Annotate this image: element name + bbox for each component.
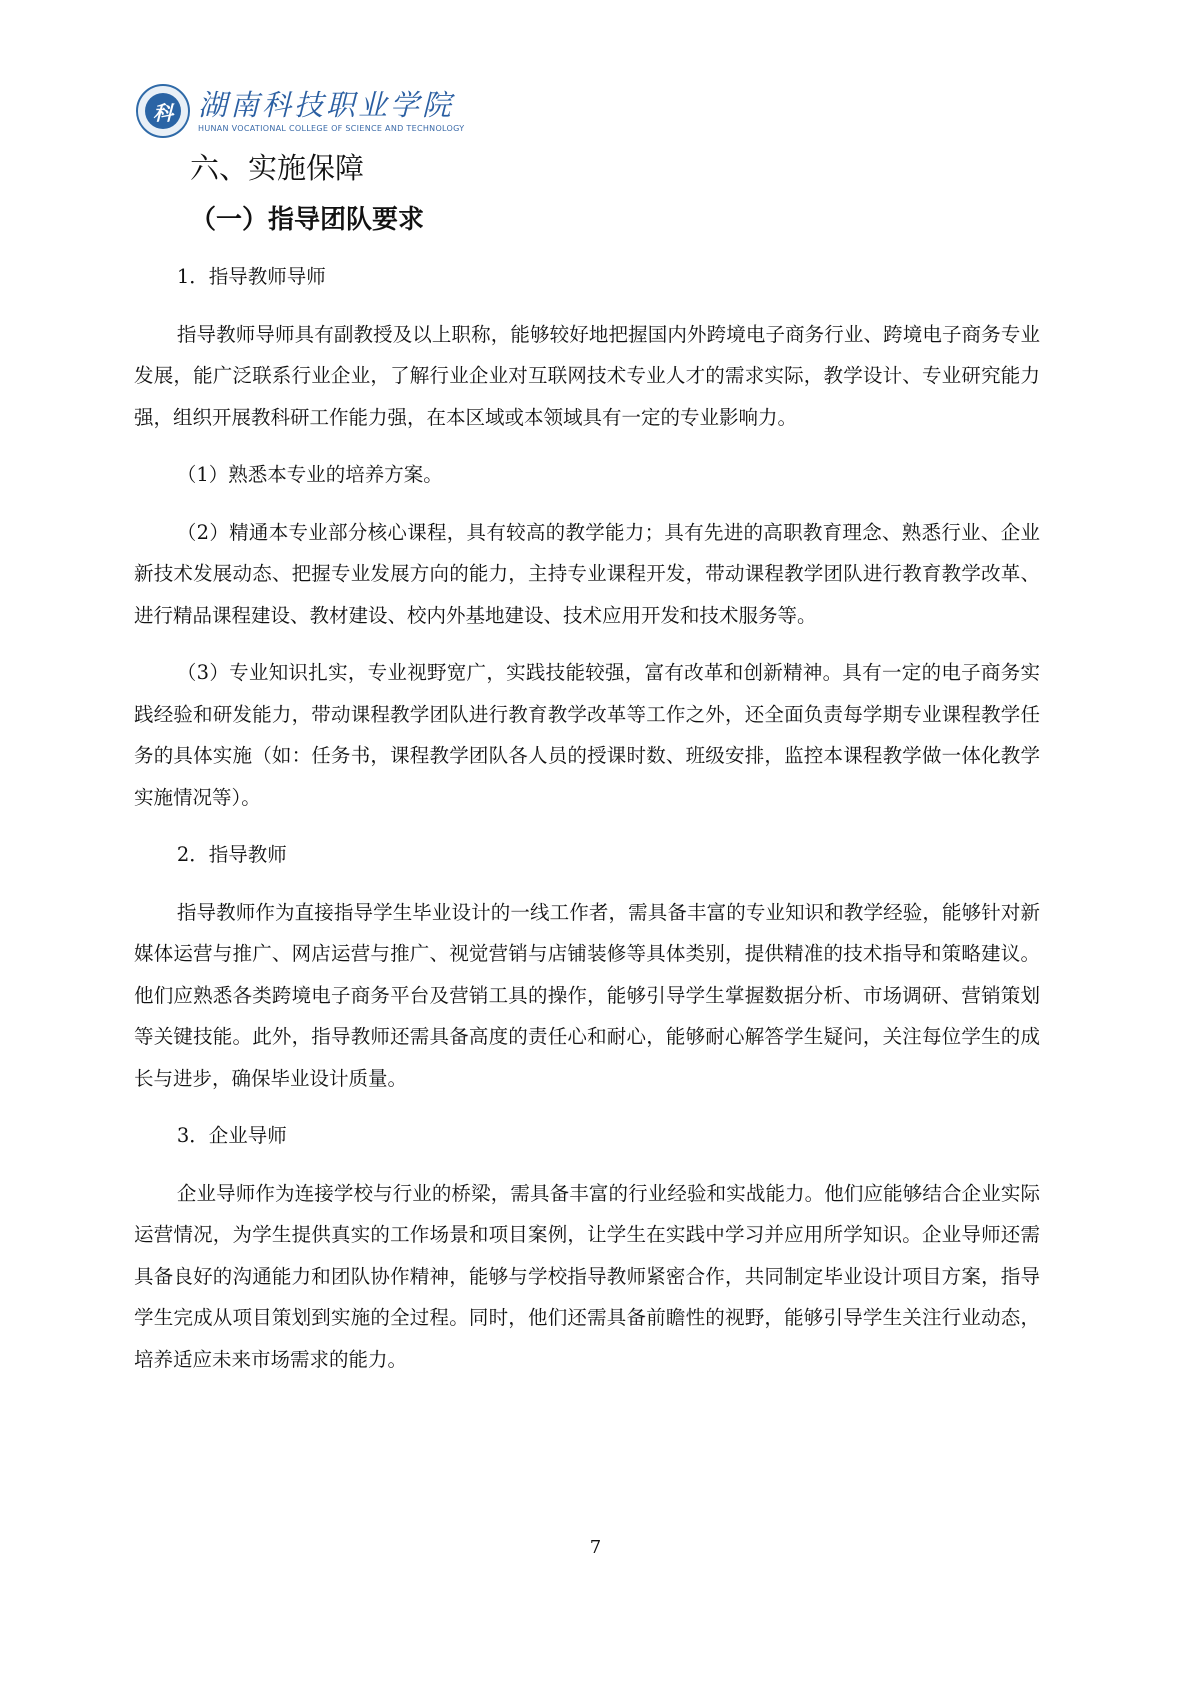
college-name-en: HUNAN VOCATIONAL COLLEGE OF SCIENCE AND … [198, 124, 464, 134]
paragraph: 指导教师作为直接指导学生毕业设计的一线工作者，需具备丰富的专业知识和教学经验，能… [134, 892, 1040, 1100]
document-body: 1．指导教师导师 指导教师导师具有副教授及以上职称，能够较好地把握国内外跨境电子… [134, 256, 1040, 1396]
paragraph: （1）熟悉本专业的培养方案。 [134, 454, 1040, 496]
page-number: 7 [0, 1537, 1191, 1558]
college-name-cn: 湖南科技职业学院 [198, 88, 464, 122]
paragraph: （2）精通本专业部分核心课程，具有较高的教学能力；具有先进的高职教育理念、熟悉行… [134, 512, 1040, 637]
subsection-title: （一）指导团队要求 [190, 200, 424, 240]
college-emblem-icon: 科 [136, 84, 190, 138]
item-heading: 3．企业导师 [134, 1115, 1040, 1157]
emblem-glyph: 科 [145, 93, 181, 129]
logo-text: 湖南科技职业学院 HUNAN VOCATIONAL COLLEGE OF SCI… [198, 88, 464, 134]
college-logo: 科 湖南科技职业学院 HUNAN VOCATIONAL COLLEGE OF S… [136, 82, 464, 140]
paragraph: 指导教师导师具有副教授及以上职称，能够较好地把握国内外跨境电子商务行业、跨境电子… [134, 314, 1040, 439]
item-heading: 2．指导教师 [134, 834, 1040, 876]
item-heading: 1．指导教师导师 [134, 256, 1040, 298]
paragraph: 企业导师作为连接学校与行业的桥梁，需具备丰富的行业经验和实战能力。他们应能够结合… [134, 1173, 1040, 1381]
section-title: 六、实施保障 [190, 148, 364, 188]
paragraph: （3）专业知识扎实，专业视野宽广，实践技能较强，富有改革和创新精神。具有一定的电… [134, 652, 1040, 818]
